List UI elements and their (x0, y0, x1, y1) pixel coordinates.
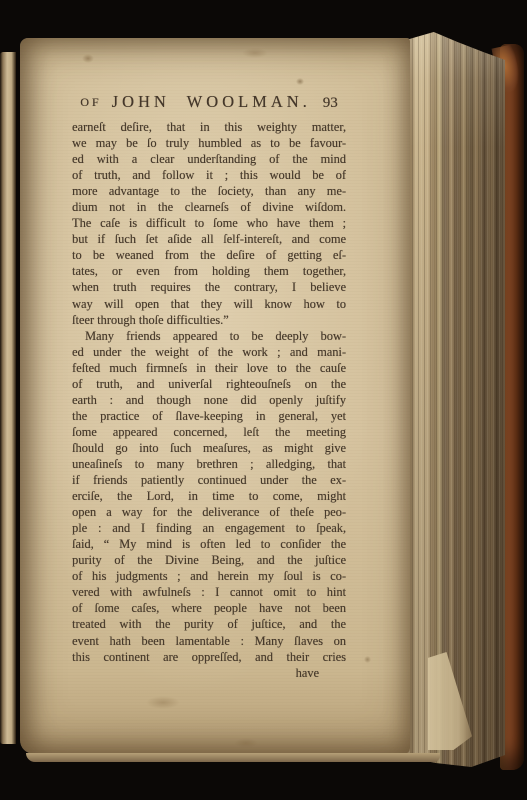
text-line: purity of the Divine Being, and the juſt… (72, 552, 346, 568)
text-line: ed with a clear underſtanding of the min… (72, 151, 346, 167)
book-photo: ofJOHN WOOLMAN.93 earneſt deſire, that i… (0, 0, 527, 800)
paper-stain (296, 78, 304, 85)
fore-edge-pages (406, 30, 505, 767)
paper-stain (234, 738, 258, 748)
paragraph-1: earneſt deſire, that in this weighty mat… (72, 119, 346, 328)
text-line: ed under the weight of the work ; and ma… (72, 344, 346, 360)
text-line: but if ſuch ſet aſide all ſelf-intereſt,… (72, 231, 346, 247)
text-line: erciſe, the Lord, in time to come, might (72, 488, 346, 504)
text-line: to be weaned from the deſire of getting … (72, 247, 346, 263)
text-line: the practice of ſlave-keeping in general… (72, 408, 346, 424)
text-line: feſted much firmneſs in their love to th… (72, 360, 346, 376)
catchword: have (72, 665, 346, 681)
text-line: ple : and I finding an engagement to ſpe… (72, 520, 346, 536)
paper-stain (146, 696, 180, 709)
paragraph-2: Many friends appeared to be deeply bow- … (72, 328, 346, 665)
text-line: this continent are oppreſſed, and their … (72, 649, 346, 665)
text-block: earneſt deſire, that in this weighty mat… (72, 119, 346, 681)
text-line: ſaid, “ My mind is often led to conſider… (72, 536, 346, 552)
paper-stain (364, 656, 371, 663)
text-line: if friends patiently continued under the… (72, 472, 346, 488)
text-line: The caſe is difficult to ſome who have t… (72, 215, 346, 231)
text-line: ſteer through thoſe difficulties.” (72, 312, 346, 328)
text-line: we may be ſo truly humbled as to be favo… (72, 135, 346, 151)
header-title: JOHN WOOLMAN. (112, 92, 311, 111)
text-line: of truth, and follow it ; this would be … (72, 167, 346, 183)
book-page: ofJOHN WOOLMAN.93 earneſt deſire, that i… (20, 38, 410, 754)
text-line: earth : and though none did openly juſti… (72, 392, 346, 408)
text-line: ſome appeared concerned, leſt the meetin… (72, 424, 346, 440)
paper-stain (82, 54, 94, 63)
text-line: uneaſineſs to many brethren ; alledging,… (72, 456, 346, 472)
text-line: open a way for the deliverance of theſe … (72, 504, 346, 520)
text-line: Many friends appeared to be deeply bow- (72, 328, 346, 344)
text-line: more advantage to the ſociety, than any … (72, 183, 346, 199)
facing-page-edge (0, 52, 16, 744)
text-line: of truth, and univerſal righteouſneſs on… (72, 376, 346, 392)
text-line: earneſt deſire, that in this weighty mat… (72, 119, 346, 135)
text-line: of his judgments ; and herein my ſoul is… (72, 568, 346, 584)
text-line: dium not in the clearneſs of divine wiſd… (72, 199, 346, 215)
text-line: ſhould go into ſuch meaſures, as might g… (72, 440, 346, 456)
paper-stain (242, 48, 268, 58)
header-prefix: of (80, 95, 101, 109)
text-line: tates, or even from holding them togethe… (72, 263, 346, 279)
text-line: treated with the purity of juſtice, and … (72, 616, 346, 632)
text-line: of ſome caſes, where people have not bee… (72, 600, 346, 616)
text-line: way will open that they will know how to (72, 296, 346, 312)
text-line: when truth requires the contrary, I beli… (72, 279, 346, 295)
page-header: ofJOHN WOOLMAN.93 (72, 92, 346, 112)
text-line: event hath been lamentable : Many ſlaves… (72, 633, 346, 649)
header-page-number: 93 (323, 95, 338, 111)
text-line: vered with awfulneſs : I cannot omit to … (72, 584, 346, 600)
